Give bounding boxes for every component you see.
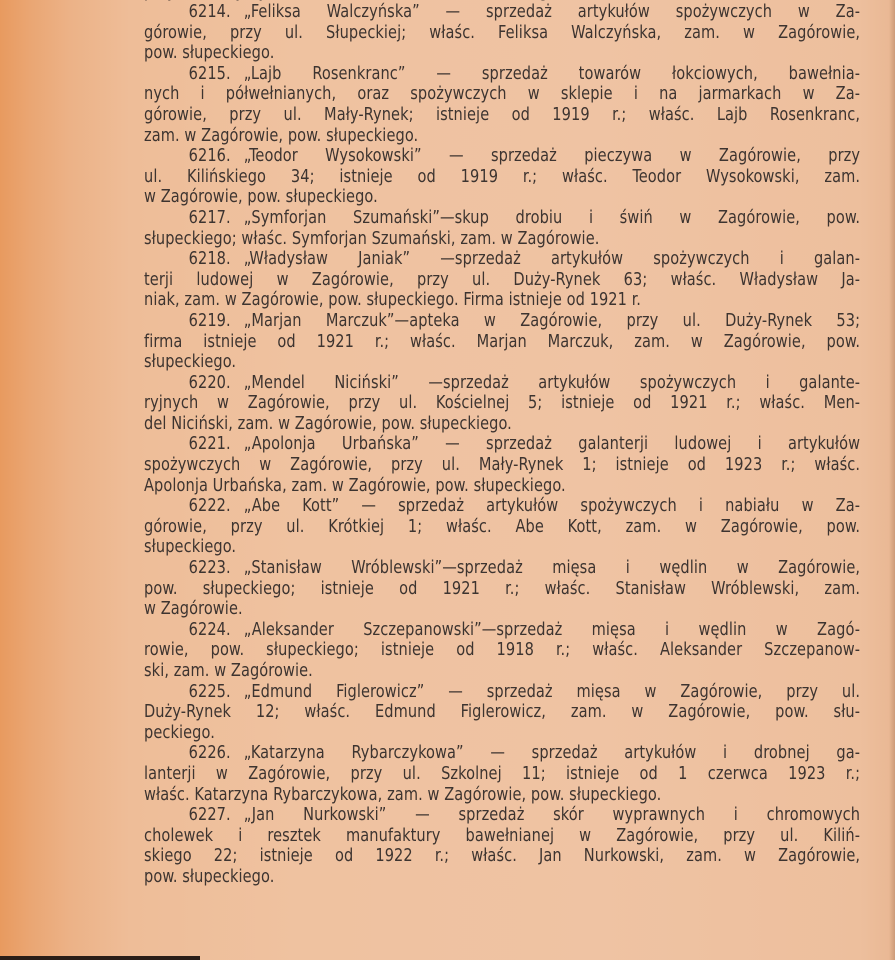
text-line: zam. w Zagórowie, pow. słupeckiego. [144,126,860,147]
text-line: 6227.„Jan Nurkowski” — sprzedaż skór wyp… [144,805,860,826]
entry-number: 6215. [189,64,231,84]
entry-text: „Katarzyna Rybarczykowa” — sprzedaż arty… [244,743,860,763]
register-entry: 6227.„Jan Nurkowski” — sprzedaż skór wyp… [144,805,860,887]
entry-number: 6224. [189,620,231,640]
text-line: nych i półwełnianych, oraz spożywczych w… [144,84,860,105]
register-entry: 6215.„Lajb Rosenkranc” — sprzedaż towaró… [144,64,860,146]
text-line: peckiego. [144,723,860,744]
text-line: 6222.„Abe Kott” — sprzedaż artykułów spo… [144,496,860,517]
entry-text: „Stanisław Wróblewski”—sprzedaż mięsa i … [244,558,860,578]
entry-number: 6218. [189,249,231,269]
text-line: właśc. Katarzyna Rybarczykowa, zam. w Za… [144,785,860,806]
text-line: 6223.„Stanisław Wróblewski”—sprzedaż mię… [144,558,860,579]
register-entry: 6224.„Aleksander Szczepanowski”—sprzedaż… [144,620,860,682]
text-line: 6221.„Apolonja Urbańska” — sprzedaż gala… [144,434,860,455]
entry-text: „Lajb Rosenkranc” — sprzedaż towarów łok… [244,64,860,84]
text-line: cholewek i resztek manufaktury bawełnian… [144,826,860,847]
text-line: spożywczych w Zagórowie, przy ul. Mały-R… [144,455,860,476]
entry-text: „Edmund Figlerowicz” — sprzedaż mięsa w … [244,682,860,702]
entry-number: 6217. [189,208,231,228]
entry-number: 6216. [189,146,231,166]
entry-text: „Marjan Marczuk”—apteka w Zagórowie, prz… [244,311,860,331]
text-line: terji ludowej w Zagórowie, przy ul. Duży… [144,270,860,291]
entry-text: „Apolonja Urbańska” — sprzedaż galanterj… [244,434,860,454]
text-line: 6219.„Marjan Marczuk”—apteka w Zagórowie… [144,311,860,332]
register-entry: 6216.„Teodor Wysokowski” — sprzedaż piec… [144,146,860,208]
text-line: lanterji w Zagórowie, przy ul. Szkolnej … [144,764,860,785]
register-entry: 6219.„Marjan Marczuk”—apteka w Zagórowie… [144,311,860,373]
register-entry: 6218.„Władysław Janiak” —sprzedaż artyku… [144,249,860,311]
text-line: 6220.„Mendel Niciński” —sprzedaż artykuł… [144,373,860,394]
text-line: firma istnieje od 1921 r.; właśc. Marjan… [144,332,860,353]
text-line: 6226.„Katarzyna Rybarczykowa” — sprzedaż… [144,743,860,764]
entry-text: „Mendel Niciński” —sprzedaż artykułów sp… [244,373,860,393]
text-line: del Niciński, zam. w Zagórowie, pow. słu… [144,414,860,435]
entry-number: 6227. [189,805,231,825]
text-line: ryjnych w Zagórowie, przy ul. Kościelnej… [144,393,860,414]
register-entry: 6223.„Stanisław Wróblewski”—sprzedaż mię… [144,558,860,620]
text-line: ski, zam. w Zagórowie. [144,661,860,682]
register-entry: 6226.„Katarzyna Rybarczykowa” — sprzedaż… [144,743,860,805]
register-entry: 6220.„Mendel Niciński” —sprzedaż artykuł… [144,373,860,435]
entry-text: „Symforjan Szumański”—skup drobiu i świń… [244,208,860,228]
entry-text: „Teodor Wysokowski” — sprzedaż pieczywa … [244,146,860,166]
entry-number: 6221. [189,434,231,454]
entry-text: „Aleksander Szczepanowski”—sprzedaż mięs… [244,620,860,640]
entry-text: „Władysław Janiak” —sprzedaż artykułów s… [244,249,860,269]
page-edge-shadow [889,0,895,960]
text-line: w Zagórowie, pow. słupeckiego. [144,187,860,208]
text-line: 6217.„Symforjan Szumański”—skup drobiu i… [144,208,860,229]
text-line: w Zagórowie. [144,599,860,620]
text-line: 6224.„Aleksander Szczepanowski”—sprzedaż… [144,620,860,641]
entry-text: „Feliksa Walczyńska” — sprzedaż artykułó… [244,2,860,22]
text-line: 6225.„Edmund Figlerowicz” — sprzedaż mię… [144,682,860,703]
entry-number: 6214. [189,2,231,22]
text-line: górowie, przy ul. Mały-Rynek; istnieje o… [144,105,860,126]
text-line: rowie, pow. słupeckiego; istnieje od 191… [144,640,860,661]
text-line: 6215.„Lajb Rosenkranc” — sprzedaż towaró… [144,64,860,85]
entry-number: 6226. [189,743,231,763]
register-entry: 6214.„Feliksa Walczyńska” — sprzedaż art… [144,2,860,64]
text-line: 6218.„Władysław Janiak” —sprzedaż artyku… [144,249,860,270]
entry-number: 6225. [189,682,231,702]
scan-border [0,956,200,960]
register-entry: 6221.„Apolonja Urbańska” — sprzedaż gala… [144,434,860,496]
text-line: pow. słupeckiego. [144,43,860,64]
entry-text: „Jan Nurkowski” — sprzedaż skór wyprawny… [244,805,860,825]
entry-list: 6214.„Feliksa Walczyńska” — sprzedaż art… [144,2,860,888]
text-line: ul. Kilińskiego 34; istnieje od 1919 r.;… [144,167,860,188]
text-line: Duży-Rynek 12; właśc. Edmund Figlerowicz… [144,702,860,723]
register-entry: 6222.„Abe Kott” — sprzedaż artykułów spo… [144,496,860,558]
text-line: 6216.„Teodor Wysokowski” — sprzedaż piec… [144,146,860,167]
scanned-page: przy ul. Nowy-Rynek 16; właśc. Ella Hrab… [144,0,860,888]
register-entry: 6225.„Edmund Figlerowicz” — sprzedaż mię… [144,682,860,744]
entry-number: 6219. [189,311,231,331]
entry-number: 6220. [189,373,231,393]
text-line: słupeckiego. [144,352,860,373]
text-line: skiego 22; istnieje od 1922 r.; właśc. J… [144,846,860,867]
text-line: Apolonja Urbańska, zam. w Zagórowie, pow… [144,476,860,497]
text-line: pow. słupeckiego. [144,867,860,888]
text-line: 6214.„Feliksa Walczyńska” — sprzedaż art… [144,2,860,23]
entry-number: 6223. [189,558,231,578]
text-line: górowie, przy ul. Słupeckiej; właśc. Fel… [144,23,860,44]
register-entry: 6217.„Symforjan Szumański”—skup drobiu i… [144,208,860,249]
text-line: słupeckiego. [144,537,860,558]
text-line: pow. słupeckiego; istnieje od 1921 r.; w… [144,579,860,600]
text-line: niak, zam. w Zagórowie, pow. słupeckiego… [144,290,860,311]
text-line: górowie, przy ul. Krótkiej 1; właśc. Abe… [144,517,860,538]
text-line: słupeckiego; właśc. Symforjan Szumański,… [144,229,860,250]
entry-text: „Abe Kott” — sprzedaż artykułów spożywcz… [244,496,860,516]
entry-number: 6222. [189,496,231,516]
